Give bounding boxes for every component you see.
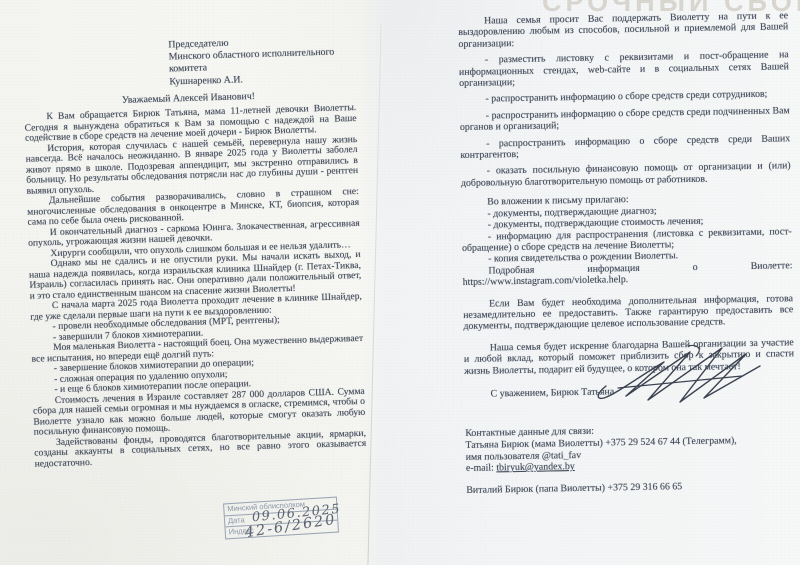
list-item: - распространить информацию о сборе сред… xyxy=(459,89,789,106)
scanned-letter: СРОЧНЫЙ СБОР Председателю Минского облас… xyxy=(0,0,800,565)
list-item: - оказать посильную финансовую помощь от… xyxy=(461,161,791,190)
page-seam-divider xyxy=(367,24,381,565)
list-item: - разместить листовку с реквизитами и по… xyxy=(459,49,790,89)
info-link-line: Подробная информация о Виолетте: https:/… xyxy=(462,260,792,289)
paragraph: Наша семья просит Вас поддержать Виолетт… xyxy=(458,10,789,50)
paragraph: Если Вам будет необходима дополнительная… xyxy=(463,293,794,333)
registration-stamp: Минский облисполком Дата Индекс 09.06.20… xyxy=(223,497,339,539)
contacts-block: Контактные данные для связи: Татьяна Бир… xyxy=(465,423,796,497)
recipient-block: Председателю Минского областного исполни… xyxy=(168,34,355,88)
email-label: e-mail: xyxy=(466,463,497,475)
letter-page-2: Наша семья просит Вас поддержать Виолетт… xyxy=(458,10,796,496)
email-address: tbiryuk@yandex.by xyxy=(496,461,575,473)
letter-page-1: Председателю Минского областного исполни… xyxy=(22,32,367,470)
page-1-body: К Вам обращается Бирюк Татьяна, мама 11-… xyxy=(24,103,366,470)
contact-father: Виталий Бирюк (папа Виолетты) +375 29 31… xyxy=(466,479,796,496)
list-item: - распространить информацию о сборе сред… xyxy=(460,133,790,162)
signature-scrawl xyxy=(592,342,777,406)
list-item: - распространить информацию о сборе сред… xyxy=(460,105,790,134)
